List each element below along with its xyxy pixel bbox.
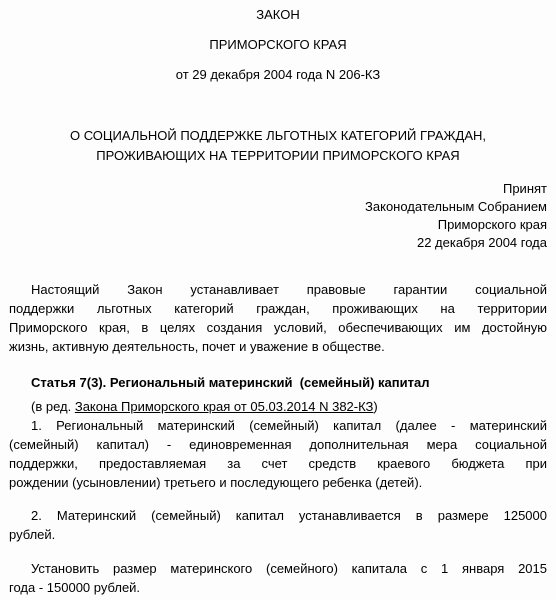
- preamble-line: Настоящий Закон устанавливает правовые г…: [9, 280, 547, 299]
- doc-title-line-2: ПРОЖИВАЮЩИХ НА ТЕРРИТОРИИ ПРИМОРСКОГО КР…: [9, 146, 547, 166]
- clause-3-line: Установить размер материнского (семейног…: [9, 559, 547, 578]
- doc-title-line-1: О СОЦИАЛЬНОЙ ПОДДЕРЖКЕ ЛЬГОТНЫХ КАТЕГОРИ…: [9, 126, 547, 146]
- revision-law-link[interactable]: Закона Приморского края от 05.03.2014 N …: [75, 399, 374, 414]
- preamble-paragraph: Настоящий Закон устанавливает правовые г…: [9, 280, 547, 356]
- article-clause-2: 2. Материнский (семейный) капитал устана…: [9, 506, 547, 544]
- adoption-block: Принят Законодательным Собранием Приморс…: [9, 180, 547, 252]
- clause-1-line: поддержки, предоставляемая за счет средс…: [9, 454, 547, 473]
- doc-date-number: от 29 декабря 2004 года N 206-КЗ: [9, 65, 547, 84]
- adoption-line-4: 22 декабря 2004 года: [9, 234, 547, 252]
- doc-kind: ЗАКОН: [9, 5, 547, 24]
- adoption-line-1: Принят: [9, 180, 547, 198]
- preamble-line: поддержки льготных категорий граждан, пр…: [9, 299, 547, 318]
- clause-3-line: года - 150000 рублей.: [9, 578, 547, 597]
- preamble-line: жизнь, активную деятельность, почет и ув…: [9, 337, 547, 356]
- clause-2-line: рублей.: [9, 525, 547, 544]
- clause-1-line: 1. Региональный материнский (семейный) к…: [9, 416, 547, 435]
- preamble-line: Приморского края, в целях создания услов…: [9, 318, 547, 337]
- revision-suffix: ): [373, 399, 377, 414]
- clause-1-line: (семейный) капитал) - единовременная доп…: [9, 435, 547, 454]
- law-document: ЗАКОН ПРИМОРСКОГО КРАЯ от 29 декабря 200…: [0, 0, 556, 597]
- adoption-line-3: Приморского края: [9, 216, 547, 234]
- doc-title: О СОЦИАЛЬНОЙ ПОДДЕРЖКЕ ЛЬГОТНЫХ КАТЕГОРИ…: [9, 126, 547, 166]
- doc-region: ПРИМОРСКОГО КРАЯ: [9, 35, 547, 54]
- revision-prefix: (в ред.: [31, 399, 75, 414]
- adoption-line-2: Законодательным Собранием: [9, 198, 547, 216]
- clause-1-line: рождении (усыновлении) третьего и послед…: [9, 473, 547, 492]
- clause-2-line: 2. Материнский (семейный) капитал устана…: [9, 506, 547, 525]
- revision-note: (в ред. Закона Приморского края от 05.03…: [9, 397, 547, 416]
- article-clause-3: Установить размер материнского (семейног…: [9, 559, 547, 597]
- article-heading: Статья 7(3). Региональный материнский (с…: [9, 373, 547, 392]
- article-clause-1: 1. Региональный материнский (семейный) к…: [9, 416, 547, 492]
